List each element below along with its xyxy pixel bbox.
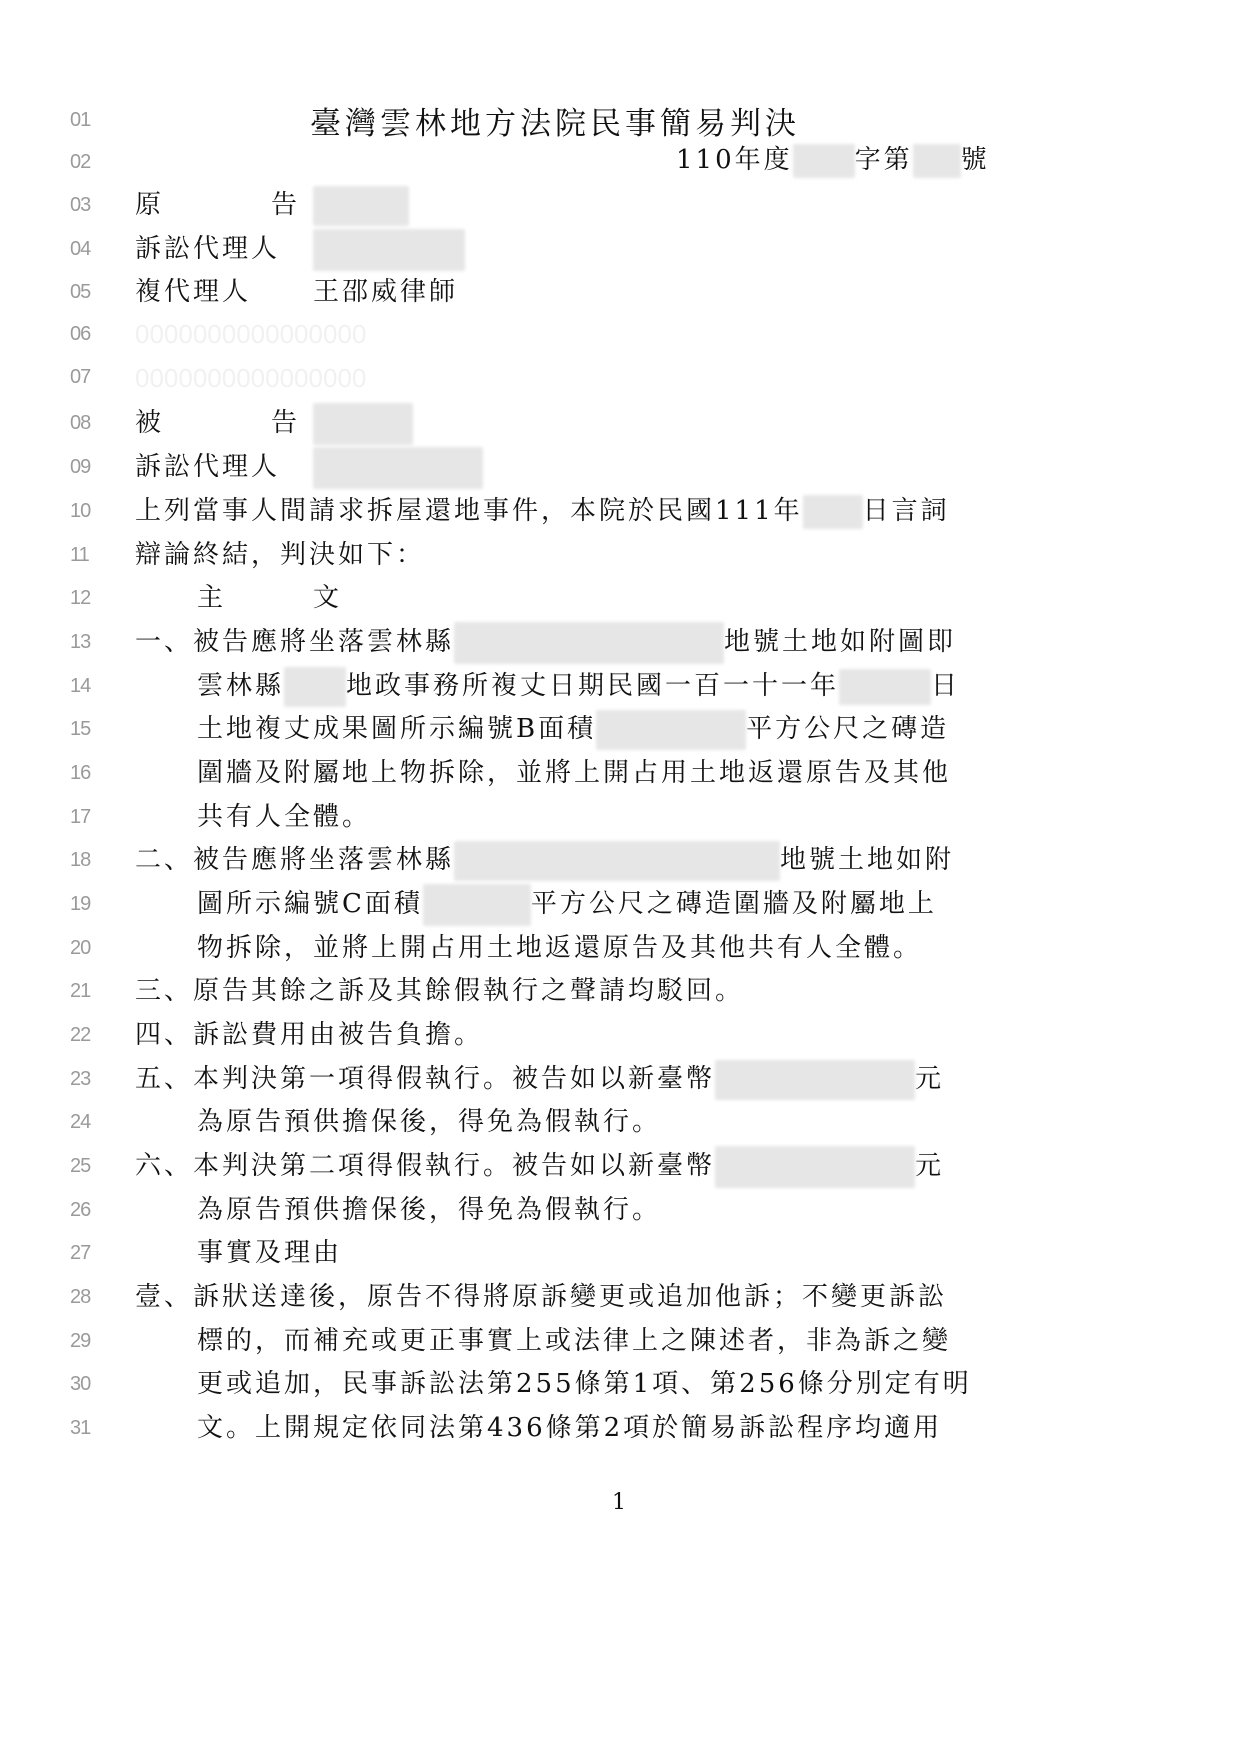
redacted-land-number-1 — [454, 622, 724, 664]
line-number: 14 — [70, 676, 110, 696]
sub-agent-row: 複代理人王邵威律師 — [135, 270, 975, 314]
main-heading: 主 文 — [135, 576, 1037, 620]
line-number: 10 — [70, 501, 110, 521]
case-suffix: 號 — [961, 145, 990, 175]
redacted-area-c — [423, 884, 531, 926]
page-number: 1 — [0, 1490, 1238, 1515]
order-6-text-b: 元 — [915, 1151, 944, 1181]
document-title: 臺灣雲林地方法院民事簡易判決 — [310, 98, 910, 143]
line-number: 29 — [70, 1331, 110, 1351]
sub-agent-name: 王邵威律師 — [313, 277, 458, 307]
order-1-text-g: 平方公尺之磚造 — [746, 714, 949, 744]
reason-1-line-2: 標的，而補充或更正事實上或法律上之陳述者，非為訴之變 — [135, 1319, 1037, 1363]
intro-text-b: 日言詞 — [863, 496, 950, 526]
case-mid-label: 字第 — [855, 145, 913, 175]
document-page: 0102030405060708091011121314151617181920… — [0, 0, 1238, 1752]
line-number: 27 — [70, 1243, 110, 1263]
order-1-line-4: 圍牆及附屬地上物拆除，並將上開占用土地返還原告及其他 — [135, 751, 1037, 795]
line-number: 02 — [70, 152, 110, 172]
line-number: 13 — [70, 632, 110, 652]
ghost-line-2: 0000000000000000 — [135, 356, 975, 400]
case-year: 110年度 — [676, 145, 793, 175]
order-1-text-e: 日 — [931, 671, 960, 701]
line-number: 16 — [70, 763, 110, 783]
line-number: 12 — [70, 588, 110, 608]
order-5-line-1: 五、本判決第一項得假執行。被告如以新臺幣元 — [135, 1057, 975, 1101]
defendant-agent-row: 訴訟代理人 — [135, 445, 975, 489]
redacted-case-type — [793, 144, 855, 178]
line-number: 26 — [70, 1200, 110, 1220]
order-1-line-2: 雲林縣地政事務所複丈日期民國一百一十一年日 — [135, 664, 1037, 708]
redacted-land-number-2 — [454, 841, 780, 881]
line-number: 18 — [70, 850, 110, 870]
order-6-line-2: 為原告預供擔保後，得免為假執行。 — [135, 1188, 1037, 1232]
plaintiff-agent-row: 訴訟代理人 — [135, 227, 975, 271]
defendant-agent-label: 訴訟代理人 — [135, 445, 313, 489]
order-1-text-f: 土地複丈成果圖所示編號B面積 — [197, 714, 596, 744]
intro-line-1: 上列當事人間請求拆屋還地事件，本院於民國111年日言詞 — [135, 489, 975, 533]
order-1-text-d: 地政事務所複丈日期民國一百一十一年 — [346, 671, 839, 701]
line-number: 21 — [70, 981, 110, 1001]
order-4: 四、訴訟費用由被告負擔。 — [135, 1013, 975, 1057]
order-5-text-b: 元 — [915, 1064, 944, 1094]
plaintiff-label: 原 告 — [135, 183, 313, 227]
order-6-line-1: 六、本判決第二項得假執行。被告如以新臺幣元 — [135, 1144, 975, 1188]
line-number: 20 — [70, 938, 110, 958]
intro-text-a: 上列當事人間請求拆屋還地事件，本院於民國111年 — [135, 496, 803, 526]
redacted-office — [284, 667, 346, 707]
order-1-text-a: 一、被告應將坐落雲林縣 — [135, 627, 454, 657]
plaintiff-agent-label: 訴訟代理人 — [135, 227, 313, 271]
ghost-line-1: 0000000000000000 — [135, 312, 975, 356]
line-number: 01 — [70, 110, 110, 130]
redacted-defendant-agent — [313, 447, 483, 489]
line-number: 28 — [70, 1287, 110, 1307]
line-number: 04 — [70, 239, 110, 259]
order-1-text-b: 地號土地如附圖即 — [724, 627, 956, 657]
redacted-case-no — [913, 144, 961, 178]
line-number: 11 — [70, 545, 110, 565]
order-2-line-2: 圖所示編號C面積平方公尺之磚造圍牆及附屬地上 — [135, 882, 1037, 926]
plaintiff-row: 原 告 — [135, 183, 975, 227]
line-number: 25 — [70, 1156, 110, 1176]
case-number: 110年度字第號 — [676, 138, 996, 182]
defendant-row: 被 告 — [135, 401, 975, 445]
line-number: 15 — [70, 719, 110, 739]
order-2-text-d: 平方公尺之磚造圍牆及附屬地上 — [531, 889, 937, 919]
redacted-plaintiff-name — [313, 186, 409, 226]
redacted-security-amount-1 — [715, 1060, 915, 1100]
order-6-text-a: 六、本判決第二項得假執行。被告如以新臺幣 — [135, 1151, 715, 1181]
redacted-defendant-name — [313, 403, 413, 445]
order-3: 三、原告其餘之訴及其餘假執行之聲請均駁回。 — [135, 969, 975, 1013]
redacted-area-b — [596, 710, 746, 750]
reason-1-line-4: 文。上開規定依同法第436條第2項於簡易訴訟程序均適用 — [135, 1406, 1037, 1450]
line-number: 08 — [70, 413, 110, 433]
line-number: 19 — [70, 894, 110, 914]
order-2-text-b: 地號土地如附 — [780, 845, 954, 875]
line-number: 24 — [70, 1112, 110, 1132]
line-number: 30 — [70, 1374, 110, 1394]
order-2-text-c: 圖所示編號C面積 — [197, 889, 423, 919]
order-2-line-1: 二、被告應將坐落雲林縣地號土地如附 — [135, 838, 975, 882]
redacted-plaintiff-agent — [313, 229, 465, 271]
intro-line-2: 辯論終結，判決如下： — [135, 533, 975, 577]
reason-1-line-1: 壹、訴狀送達後，原告不得將原訴變更或追加他訴；不變更訴訟 — [135, 1275, 975, 1319]
line-number: 17 — [70, 807, 110, 827]
order-2-text-a: 二、被告應將坐落雲林縣 — [135, 845, 454, 875]
sub-agent-label: 複代理人 — [135, 270, 313, 314]
order-1-line-3: 土地複丈成果圖所示編號B面積平方公尺之磚造 — [135, 707, 1037, 751]
line-number: 06 — [70, 324, 110, 344]
reason-1-line-3: 更或追加，民事訴訟法第255條第1項、第256條分別定有明 — [135, 1362, 1037, 1406]
redacted-date — [803, 495, 863, 529]
order-1-text-c: 雲林縣 — [197, 671, 284, 701]
line-number: 03 — [70, 195, 110, 215]
redacted-survey-date — [839, 669, 931, 705]
line-number: 05 — [70, 282, 110, 302]
line-number: 09 — [70, 457, 110, 477]
order-2-line-3: 物拆除，並將上開占用土地返還原告及其他共有人全體。 — [135, 926, 1037, 970]
line-number: 31 — [70, 1418, 110, 1438]
defendant-label: 被 告 — [135, 401, 313, 445]
order-1-line-1: 一、被告應將坐落雲林縣地號土地如附圖即 — [135, 620, 975, 664]
facts-heading: 事實及理由 — [135, 1231, 1037, 1275]
order-5-text-a: 五、本判決第一項得假執行。被告如以新臺幣 — [135, 1064, 715, 1094]
order-1-line-5: 共有人全體。 — [135, 795, 1037, 839]
line-number: 23 — [70, 1069, 110, 1089]
order-5-line-2: 為原告預供擔保後，得免為假執行。 — [135, 1100, 1037, 1144]
redacted-security-amount-2 — [715, 1146, 915, 1188]
line-number: 22 — [70, 1025, 110, 1045]
line-number: 07 — [70, 367, 110, 387]
